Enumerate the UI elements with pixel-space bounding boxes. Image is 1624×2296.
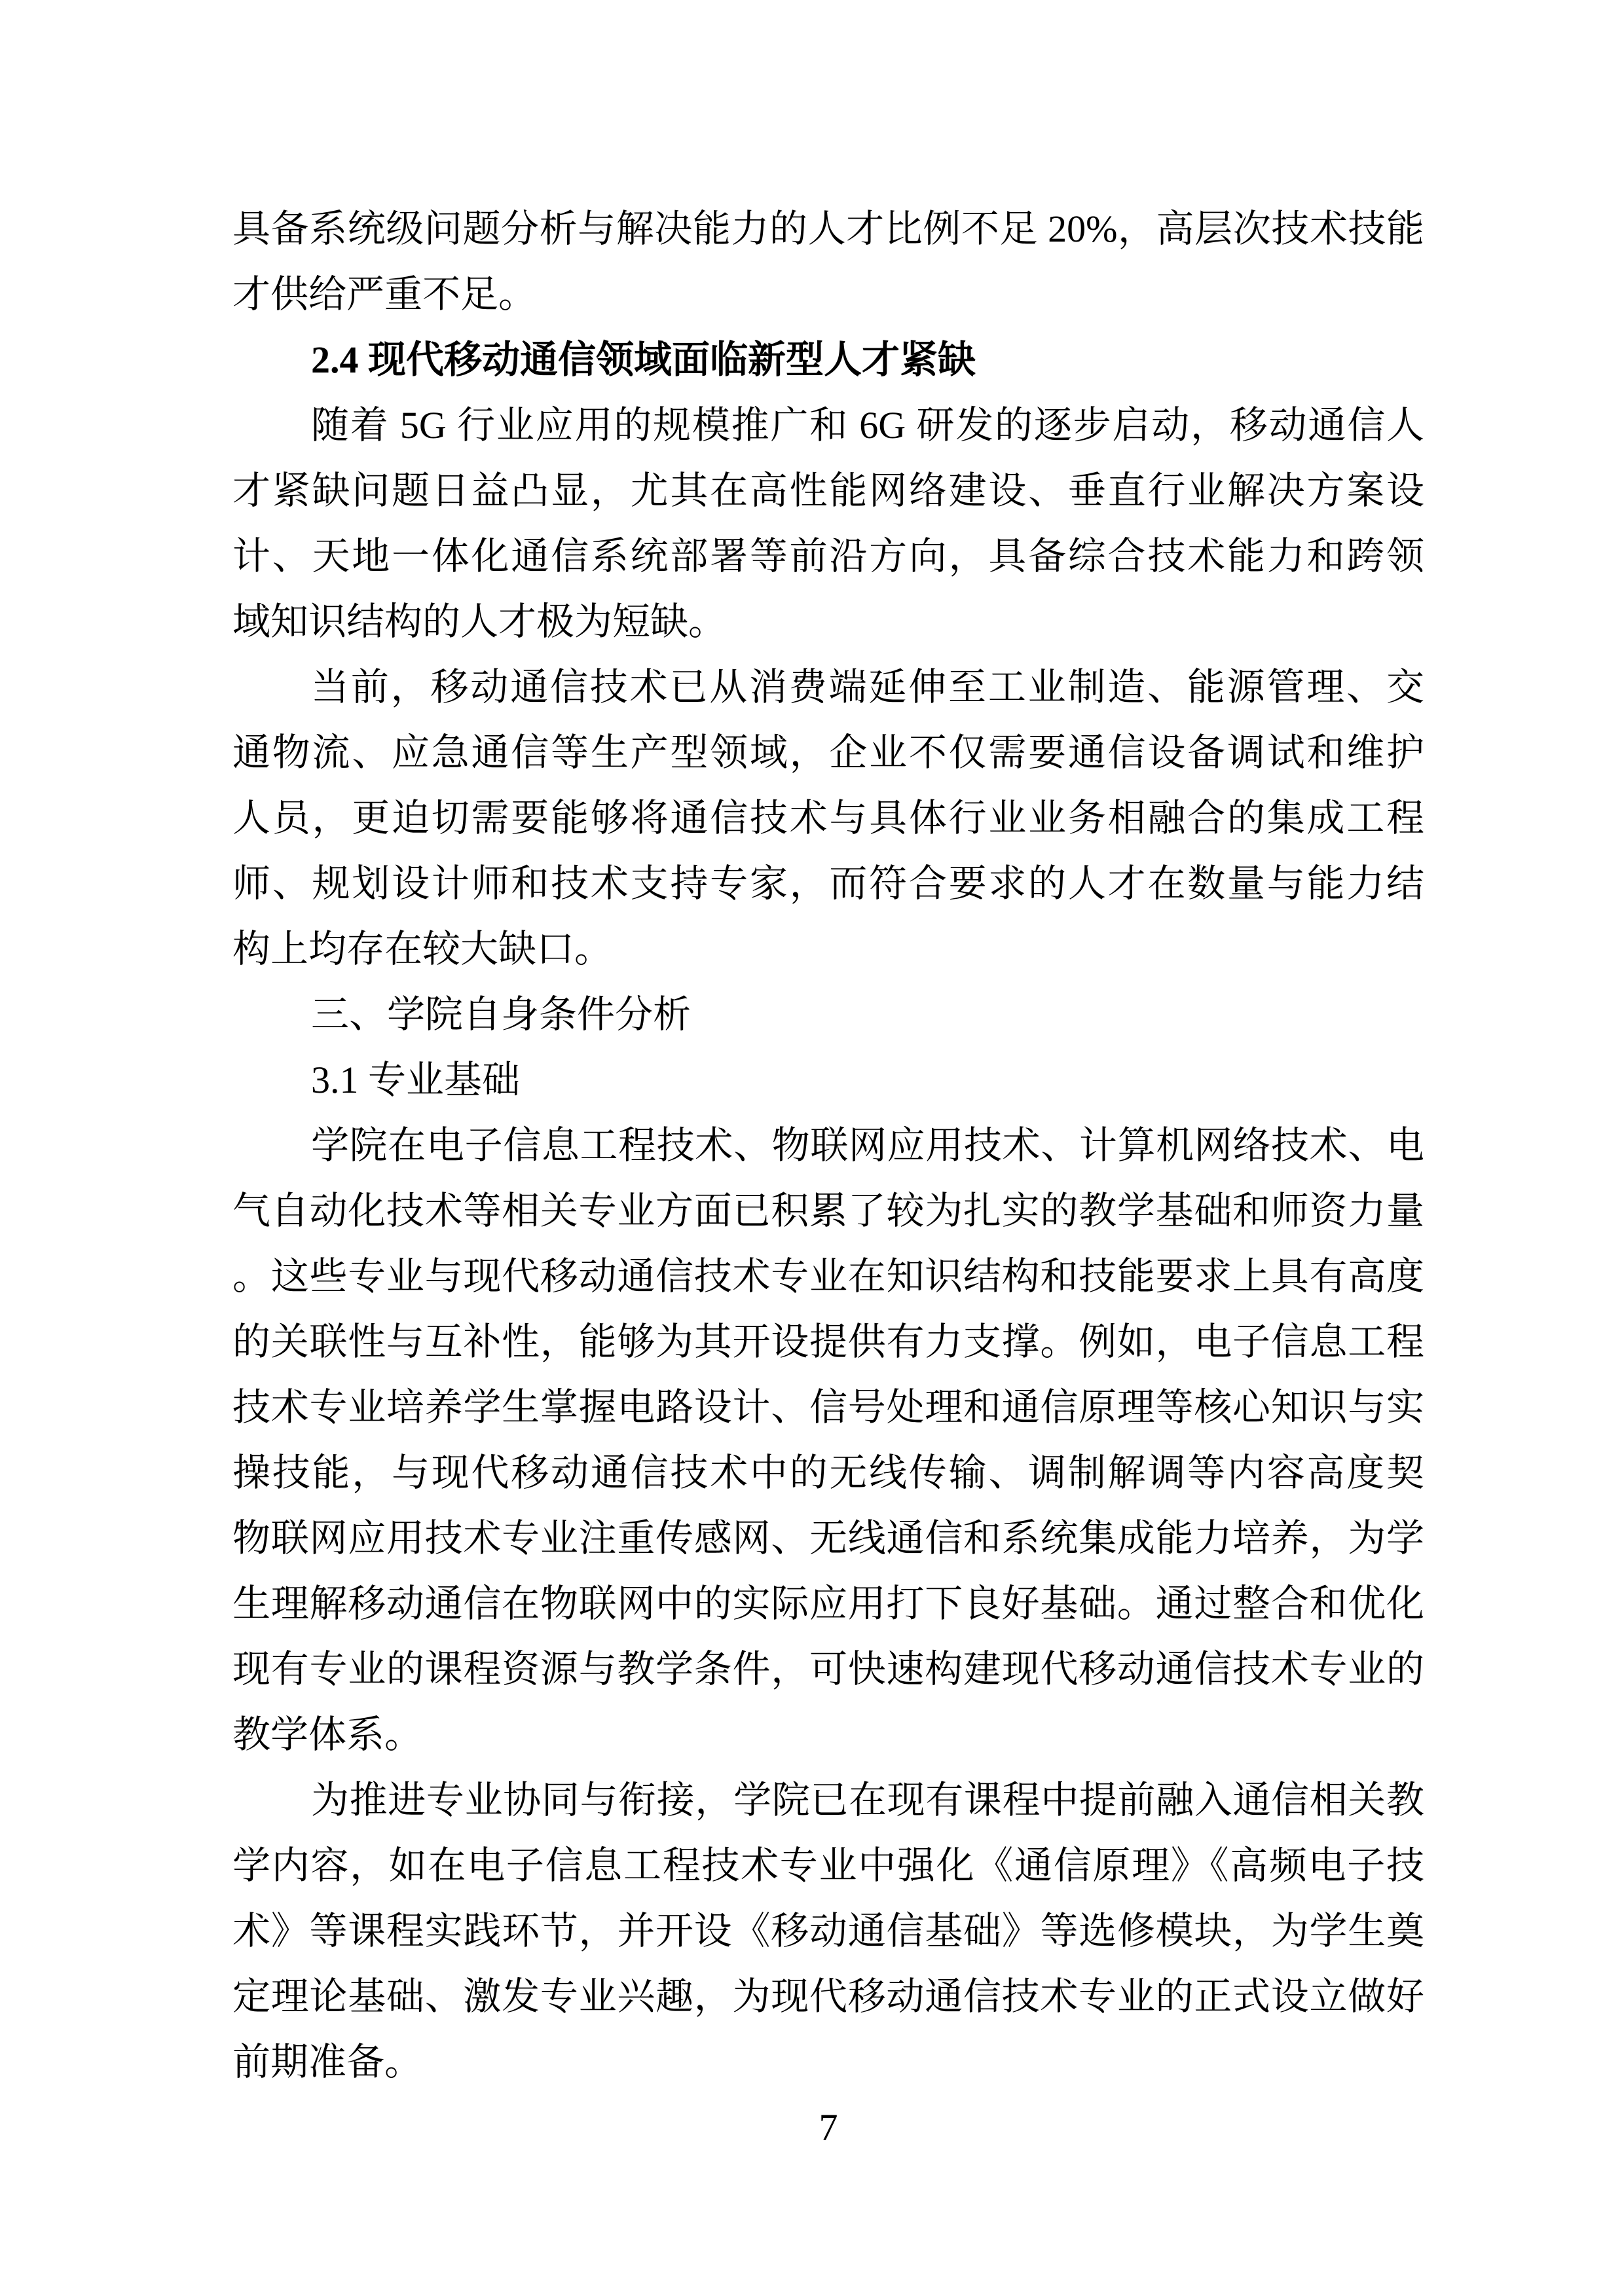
- paragraph-line: 学内容，如在电子信息工程技术专业中强化《通信原理》《高频电子技: [232, 1833, 1424, 1899]
- paragraph-line: 师、规划设计师和技术支持专家，而符合要求的人才在数量与能力结: [232, 851, 1424, 917]
- document-page: 具备系统级问题分析与解决能力的人才比例不足 20%，高层次技术技能人 才供给严重…: [0, 0, 1624, 2296]
- heading-2-4: 2.4 现代移动通信领域面临新型人才紧缺: [232, 327, 1424, 393]
- paragraph-line: 域知识结构的人才极为短缺。: [232, 589, 1424, 655]
- paragraph-line: 具备系统级问题分析与解决能力的人才比例不足 20%，高层次技术技能人: [232, 196, 1424, 262]
- paragraph-line: 术》等课程实践环节，并开设《移动通信基础》等选修模块，为学生奠: [232, 1899, 1424, 1964]
- paragraph-line: 操技能，与现代移动通信技术中的无线传输、调制解调等内容高度契合；: [232, 1440, 1424, 1506]
- paragraph-line: 的关联性与互补性，能够为其开设提供有力支撑。例如，电子信息工程: [232, 1309, 1424, 1375]
- paragraph-line: 随着 5G 行业应用的规模推广和 6G 研发的逐步启动，移动通信人: [232, 393, 1424, 458]
- paragraph-line: 前期准备。: [232, 2030, 1424, 2095]
- paragraph-line: 构上均存在较大缺口。: [232, 917, 1424, 982]
- paragraph-line: 人员，更迫切需要能够将通信技术与具体行业业务相融合的集成工程: [232, 786, 1424, 851]
- paragraph-line: 生理解移动通信在物联网中的实际应用打下良好基础。通过整合和优化: [232, 1571, 1424, 1637]
- paragraph-line: 才供给严重不足。: [232, 262, 1424, 327]
- heading-section-3: 三、学院自身条件分析: [232, 982, 1424, 1048]
- paragraph-line: 技术专业培养学生掌握电路设计、信号处理和通信原理等核心知识与实: [232, 1375, 1424, 1440]
- paragraph-line: 物联网应用技术专业注重传感网、无线通信和系统集成能力培养，为学: [232, 1506, 1424, 1571]
- paragraph-line: 现有专业的课程资源与教学条件，可快速构建现代移动通信技术专业的: [232, 1637, 1424, 1702]
- paragraph-line: 才紧缺问题日益凸显，尤其在高性能网络建设、垂直行业解决方案设: [232, 458, 1424, 524]
- paragraph-line: 当前，移动通信技术已从消费端延伸至工业制造、能源管理、交: [232, 655, 1424, 720]
- paragraph-line: 通物流、应急通信等生产型领域，企业不仅需要通信设备调试和维护: [232, 720, 1424, 786]
- paragraph-line: 学院在电子信息工程技术、物联网应用技术、计算机网络技术、电: [232, 1113, 1424, 1178]
- paragraph-line: 计、天地一体化通信系统部署等前沿方向，具备综合技术能力和跨领: [232, 524, 1424, 589]
- page-number: 7: [232, 2095, 1424, 2160]
- paragraph-line: 。这些专业与现代移动通信技术专业在知识结构和技能要求上具有高度: [232, 1244, 1424, 1309]
- document-body: 具备系统级问题分析与解决能力的人才比例不足 20%，高层次技术技能人 才供给严重…: [232, 196, 1424, 2095]
- paragraph-line: 教学体系。: [232, 1702, 1424, 1768]
- paragraph-line: 气自动化技术等相关专业方面已积累了较为扎实的教学基础和师资力量: [232, 1178, 1424, 1244]
- paragraph-line: 定理论基础、激发专业兴趣，为现代移动通信技术专业的正式设立做好: [232, 1964, 1424, 2030]
- heading-3-1: 3.1 专业基础: [232, 1048, 1424, 1113]
- paragraph-line: 为推进专业协同与衔接，学院已在现有课程中提前融入通信相关教: [232, 1768, 1424, 1833]
